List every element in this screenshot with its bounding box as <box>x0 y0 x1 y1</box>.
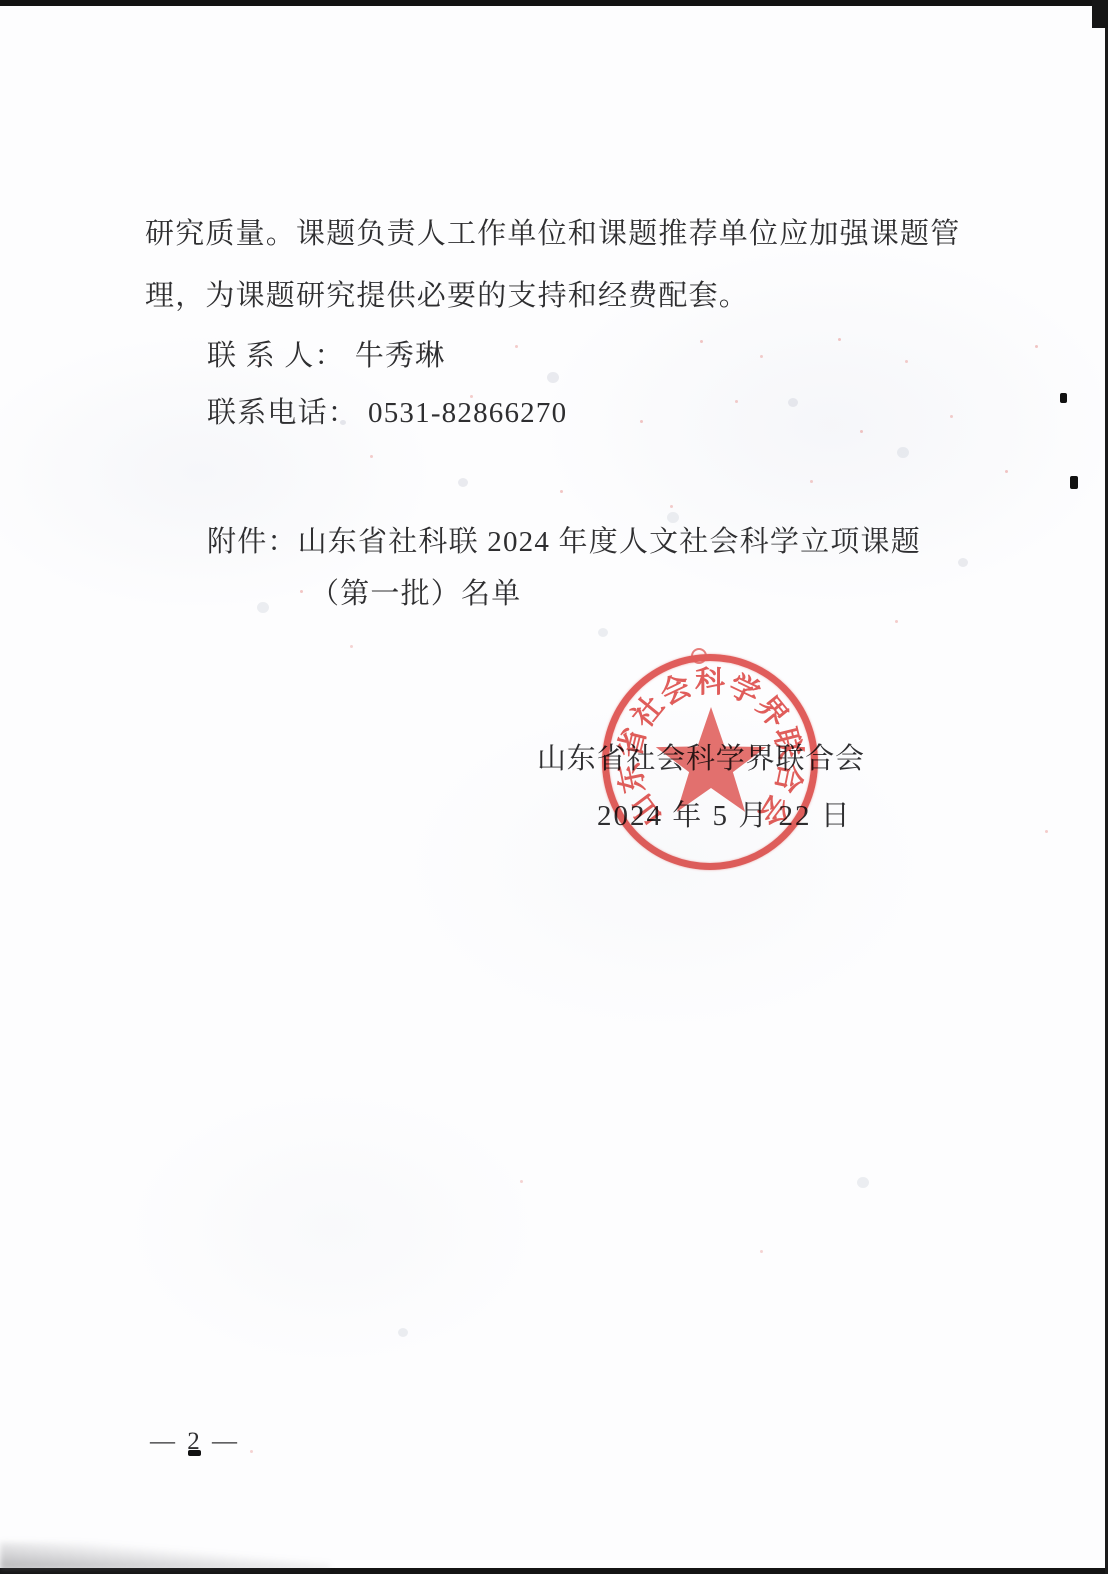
contact-person-name: 牛秀琳 <box>355 340 446 372</box>
official-seal: 山东省社会科学界联合会 <box>602 654 818 870</box>
seal-arc-char: 联 <box>767 724 806 763</box>
contact-phone-label: 联系电话： <box>207 397 358 429</box>
contact-phone-line: 联系电话：0531-82866270 <box>207 390 567 431</box>
contact-phone-number: 0531-82866270 <box>368 397 567 429</box>
seal-arc-char: 科 <box>694 667 726 699</box>
page-number: — 2 — <box>150 1428 240 1456</box>
scan-speck <box>1060 393 1067 403</box>
scan-edge-right-top <box>1092 0 1108 28</box>
paragraph-line-1: 研究质量。课题负责人工作单位和课题推荐单位应加强课题管 <box>145 211 960 252</box>
scan-shadow-bottom-left <box>0 1542 330 1570</box>
attachment-line-2: （第一批）名单 <box>310 571 521 612</box>
seal-arc-text: 山东省社会科学界联合会 <box>602 654 818 870</box>
attachment-line-1: 附件：山东省社科联 2024 年度人文社会科学立项课题 <box>207 519 921 560</box>
scan-speck <box>1070 476 1078 489</box>
scanned-document-page: 研究质量。课题负责人工作单位和课题推荐单位应加强课题管 理，为课题研究提供必要的… <box>0 0 1108 1574</box>
contact-person-line: 联 系 人：牛秀琳 <box>207 333 445 374</box>
scan-edge-top <box>0 0 1108 6</box>
paragraph-line-2: 理，为课题研究提供必要的支持和经费配套。 <box>145 273 749 314</box>
contact-person-label: 联 系 人： <box>207 340 345 372</box>
seal-arc-char: 东 <box>614 759 652 797</box>
